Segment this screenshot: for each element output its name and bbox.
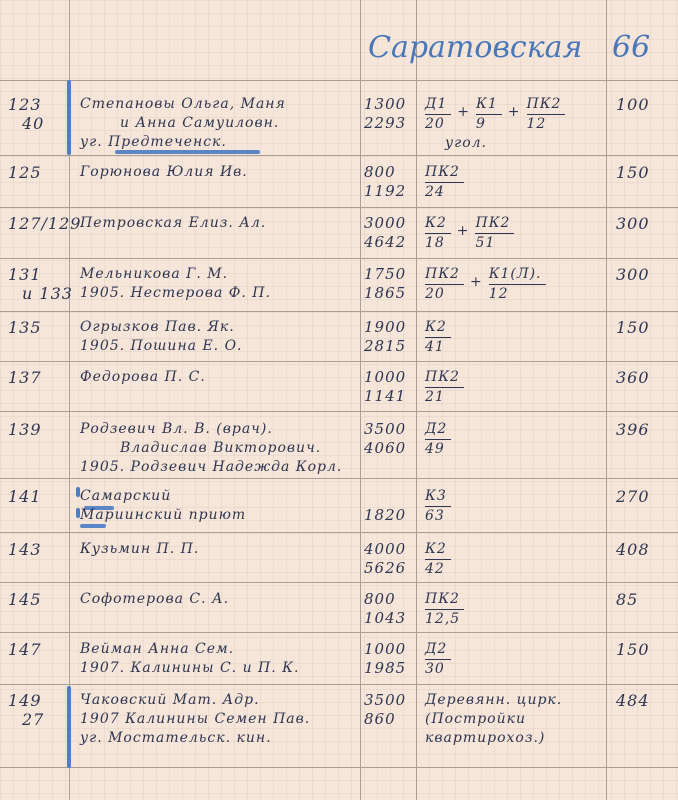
owner-name-line: Мариинский приют [80,506,246,525]
area-value-bottom: 4642 [364,233,406,252]
house-number: 141 [8,487,42,506]
plus-sign: + [457,222,470,241]
area-values: 8001043 [364,590,406,628]
house-number-main: 147 [8,640,42,659]
plus-sign: + [457,103,470,122]
area-value-top: 1900 [364,318,406,337]
category-fraction: К1(Л).12 [489,265,546,304]
category-cell: Д249 [425,420,455,459]
owner-names: Родзевич Вл. В. (врач).Владислав Викторо… [80,420,342,477]
row-rule [0,155,678,156]
category-code: ПК2 [425,368,464,388]
price-value: 150 [616,163,650,182]
category-code: ПК2 [475,214,514,234]
row-rule [0,478,678,479]
owner-name-line: 1905. Нестерова Ф. П. [80,284,271,303]
category-cell: К242 [425,540,455,579]
price-value: 270 [616,487,650,506]
owner-names: Огрызков Пав. Як.1905. Пошина Е. О. [80,318,243,356]
house-number: 12340 [8,95,44,133]
price-value: 100 [616,95,650,114]
category-number: 20 [425,285,464,304]
price-value: 150 [616,318,650,337]
area-values: 8001192 [364,163,406,201]
category-fraction: К241 [425,318,451,357]
category-number: 51 [475,234,514,253]
owner-name-line: Чаковский Мат. Адр. [80,691,310,710]
house-number: 147 [8,640,42,659]
owner-name-line: Степановы Ольга, Маня [80,95,286,114]
owner-name-line: 1907. Калинины С. и П. К. [80,659,299,678]
category-number: 18 [425,234,451,253]
category-code: Д2 [425,420,451,440]
house-number: 127/129 [8,214,81,233]
area-values: 17501865 [364,265,406,303]
owner-name-line: Самарский [80,487,246,506]
street-title: Саратовская [368,30,582,65]
category-code: ПК2 [425,163,464,183]
house-number: 135 [8,318,42,337]
row-rule [0,258,678,259]
category-fraction: ПК251 [475,214,514,253]
price-value: 300 [616,214,650,233]
owner-name-line: Петровская Елиз. Ал. [80,214,266,233]
category-fraction: К242 [425,540,451,579]
owner-name-line: Родзевич Вл. В. (врач). [80,420,342,439]
area-values: 10001985 [364,640,406,678]
area-value-top: 1300 [364,95,406,114]
row-rule [0,411,678,412]
category-cell: К218+ПК251 [425,214,518,253]
category-code: К1(Л). [489,265,546,285]
owner-name-line: Огрызков Пав. Як. [80,318,243,337]
house-number-secondary: и 133 [8,284,73,303]
category-fraction: ПК221 [425,368,464,407]
price-value: 484 [616,691,650,710]
plus-sign: + [470,273,483,292]
owner-name-line: уг. Предтеченск. [80,133,286,152]
area-value-top: 1000 [364,640,406,659]
price-value: 360 [616,368,650,387]
owner-names: СамарскийМариинский приют [80,487,246,525]
category-cell: Д120+К19+ПК212угол. [425,95,569,153]
owner-name-line: Вейман Анна Сем. [80,640,299,659]
area-value-bottom: 1820 [364,506,406,525]
price-value: 300 [616,265,650,284]
header-rule [0,80,678,81]
category-note: угол. [425,134,569,153]
category-fraction: ПК224 [425,163,464,202]
area-values: 30004642 [364,214,406,252]
area-values: 40005626 [364,540,406,578]
plus-sign: + [508,103,521,122]
area-value-top: 3500 [364,691,406,710]
row-rule [0,361,678,362]
row-rule [0,532,678,533]
house-number-main: 143 [8,540,42,559]
category-cell: ПК224 [425,163,468,202]
house-number-main: 141 [8,487,42,506]
area-value-bottom: 1865 [364,284,406,303]
category-code: К2 [425,214,451,234]
area-value-top: 4000 [364,540,406,559]
category-number: 20 [425,115,451,134]
owner-names: Федорова П. С. [80,368,206,387]
price-value: 150 [616,640,650,659]
category-fraction: Д120 [425,95,451,134]
owner-names: Софотерова С. А. [80,590,229,609]
category-number: 24 [425,183,464,202]
owner-names: Вейман Анна Сем.1907. Калинины С. и П. К… [80,640,299,678]
house-number: 139 [8,420,42,439]
price-value: 396 [616,420,650,439]
price-value: 408 [616,540,650,559]
owner-name-line: Софотерова С. А. [80,590,229,609]
area-value-top: 1750 [364,265,406,284]
category-fraction: Д249 [425,420,451,459]
category-cell: ПК220+К1(Л).12 [425,265,550,304]
category-number: 42 [425,560,451,579]
owner-name-line: Федорова П. С. [80,368,206,387]
category-fraction: ПК212 [527,95,566,134]
blue-margin-mark [67,80,71,155]
area-value-bottom: 4060 [364,439,406,458]
category-code: ПК2 [527,95,566,115]
area-value-top: 3000 [364,214,406,233]
owner-name-line: и Анна Самуиловн. [80,114,286,133]
category-number: 30 [425,660,451,679]
category-code: Д1 [425,95,451,115]
category-code: Д2 [425,640,451,660]
area-values: 10001141 [364,368,406,406]
category-code: К1 [476,95,502,115]
category-number: 9 [476,115,502,134]
area-value-bottom: 2293 [364,114,406,133]
row-rule [0,767,678,768]
house-number-main: 131 [8,265,73,284]
category-number: 21 [425,388,464,407]
owner-names: Кузьмин П. П. [80,540,199,559]
area-values: 13002293 [364,95,406,133]
column-divider-area [416,0,417,800]
category-cell: Д230 [425,640,455,679]
owner-names: Мельникова Г. М.1905. Нестерова Ф. П. [80,265,271,303]
area-value-bottom: 2815 [364,337,406,356]
category-fraction: К218 [425,214,451,253]
category-cell: К363 [425,487,455,526]
owner-name-line: Кузьмин П. П. [80,540,199,559]
category-number: 63 [425,507,451,526]
house-number-main: 139 [8,420,42,439]
row-rule [0,207,678,208]
house-number: 14927 [8,691,44,729]
area-value-bottom: 1985 [364,659,406,678]
area-value-top: 3500 [364,420,406,439]
area-value-bottom: 1192 [364,182,406,201]
area-value-top: 800 [364,163,406,182]
category-cell: Деревянн. цирк. (Постройки квартирохоз.) [425,691,595,748]
house-number-main: 123 [8,95,44,114]
category-number: 12 [489,285,546,304]
house-number: 143 [8,540,42,559]
category-number: 12,5 [425,610,464,629]
category-code: К2 [425,540,451,560]
area-values: 19002815 [364,318,406,356]
category-number: 41 [425,338,451,357]
owner-names: Степановы Ольга, Маняи Анна Самуиловн.уг… [80,95,286,152]
house-number-main: 145 [8,590,42,609]
area-values: 35004060 [364,420,406,458]
house-number: 137 [8,368,42,387]
row-rule [0,311,678,312]
category-code: К3 [425,487,451,507]
owner-name-line: 1905. Родзевич Надежда Корл. [80,458,342,477]
category-fraction: К19 [476,95,502,134]
owner-names: Петровская Елиз. Ал. [80,214,266,233]
page-number: 66 [612,30,650,65]
owner-names: Чаковский Мат. Адр.1907 Калинины Семен П… [80,691,310,748]
category-cell: ПК212,5 [425,590,468,629]
category-cell: ПК221 [425,368,468,407]
house-number-main: 137 [8,368,42,387]
house-number-main: 135 [8,318,42,337]
category-code: ПК2 [425,590,464,610]
area-value-bottom: 1141 [364,387,406,406]
area-value-top: 1000 [364,368,406,387]
house-number-main: 149 [8,691,44,710]
area-value-bottom: 860 [364,710,406,729]
area-value-bottom: 5626 [364,559,406,578]
category-fraction: Д230 [425,640,451,679]
area-value-bottom: 1043 [364,609,406,628]
row-rule [0,582,678,583]
owner-name-line: 1905. Пошина Е. О. [80,337,243,356]
category-note: Деревянн. цирк. (Постройки квартирохоз.) [425,691,595,748]
house-number-secondary: 27 [8,710,44,729]
area-values: 1820 [364,487,406,525]
house-number-main: 125 [8,163,42,182]
owner-name-line: 1907 Калинины Семен Пав. [80,710,310,729]
house-number: 145 [8,590,42,609]
house-number-main: 127/129 [8,214,81,233]
owner-names: Горюнова Юлия Ив. [80,163,248,182]
row-rule [0,684,678,685]
category-fraction: ПК212,5 [425,590,464,629]
area-value-top [364,487,406,506]
owner-name-line: Мельникова Г. М. [80,265,271,284]
category-code: ПК2 [425,265,464,285]
owner-name-line: Горюнова Юлия Ив. [80,163,248,182]
column-divider-price [606,0,607,800]
category-number: 49 [425,440,451,459]
owner-name-line: Владислав Викторович. [80,439,342,458]
owner-name-line: уг. Мостательск. кин. [80,729,310,748]
category-fraction: ПК220 [425,265,464,304]
category-fraction: К363 [425,487,451,526]
category-code: К2 [425,318,451,338]
area-value-top: 800 [364,590,406,609]
area-values: 3500860 [364,691,406,729]
house-number-secondary: 40 [8,114,44,133]
row-rule [0,632,678,633]
column-divider-name [360,0,361,800]
blue-margin-mark [67,686,71,768]
house-number: 125 [8,163,42,182]
category-cell: К241 [425,318,455,357]
house-number: 131и 133 [8,265,73,303]
category-number: 12 [527,115,566,134]
price-value: 85 [616,590,638,609]
